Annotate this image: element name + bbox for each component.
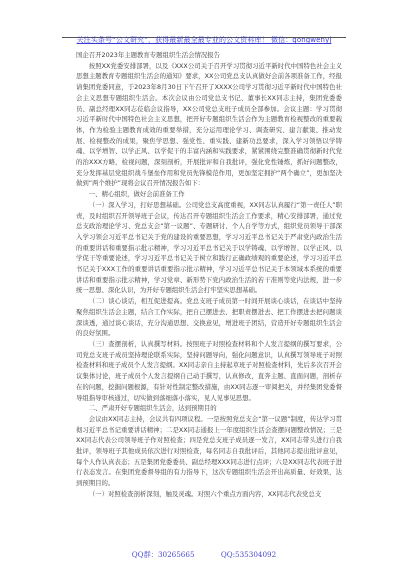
paragraph-talks: （二）谈心谈话，相互促进提高。党总支班子成员第一时间开展谈心谈话，在谈话中坚持聚… [76, 296, 342, 339]
page-header: 关注头条号“公文研究”，获得最新最全最专业的公文资料库！ 微信：gongweny… [62, 27, 346, 38]
section-heading-2: 二、严肃开好专题组织生活会，达到预期目的 [76, 403, 342, 414]
section-heading-1: 一、精心组织，做好会前准备工作 [76, 189, 342, 200]
document-page: 关注头条号“公文研究”，获得最新最全最专业的公文资料库！ 微信：gongweny… [0, 0, 408, 580]
qq-group-number: QQ群：30265665 [132, 550, 195, 560]
qq-number: QQ:535304092 [221, 550, 276, 559]
paragraph-review-deep: （一）对照检查剖析深刻，触及灵魂。对照六个重点方面内容，XX同志代表党总支 [76, 489, 342, 500]
paragraph-meeting: 会议由XX同志主持，会议共有四项议程。一是按照党总支会“第一议题”制度，传达学习… [76, 414, 342, 489]
document-title: 国企召开2023年主题教育专题组织生活会情况报告 [76, 50, 342, 61]
paragraph-study: （一）深入学习，打好思想基础。公司党总支高度重视，XX同志认真履行“第一责任人”… [76, 200, 342, 296]
paragraph-self-review: （三）查摆剖析，认真撰写材料。按照班子对照检查材料和个人发言提纲的撰写要求，公司… [76, 339, 342, 403]
document-body: 国企召开2023年主题教育专题组织生活会情况报告 按照XX党委安排部署，以及《X… [76, 50, 342, 500]
promo-link[interactable]: 关注头条号“公文研究”，获得最新最全最专业的公文资料库！ 微信：gongweny… [77, 36, 332, 44]
paragraph-intro: 按照XX党委安排部署，以及《XXX公司关于召开学习贯彻习近平新时代中国特色社会主… [76, 61, 342, 189]
page-footer: QQ群：30265665 QQ:535304092 [0, 550, 408, 560]
